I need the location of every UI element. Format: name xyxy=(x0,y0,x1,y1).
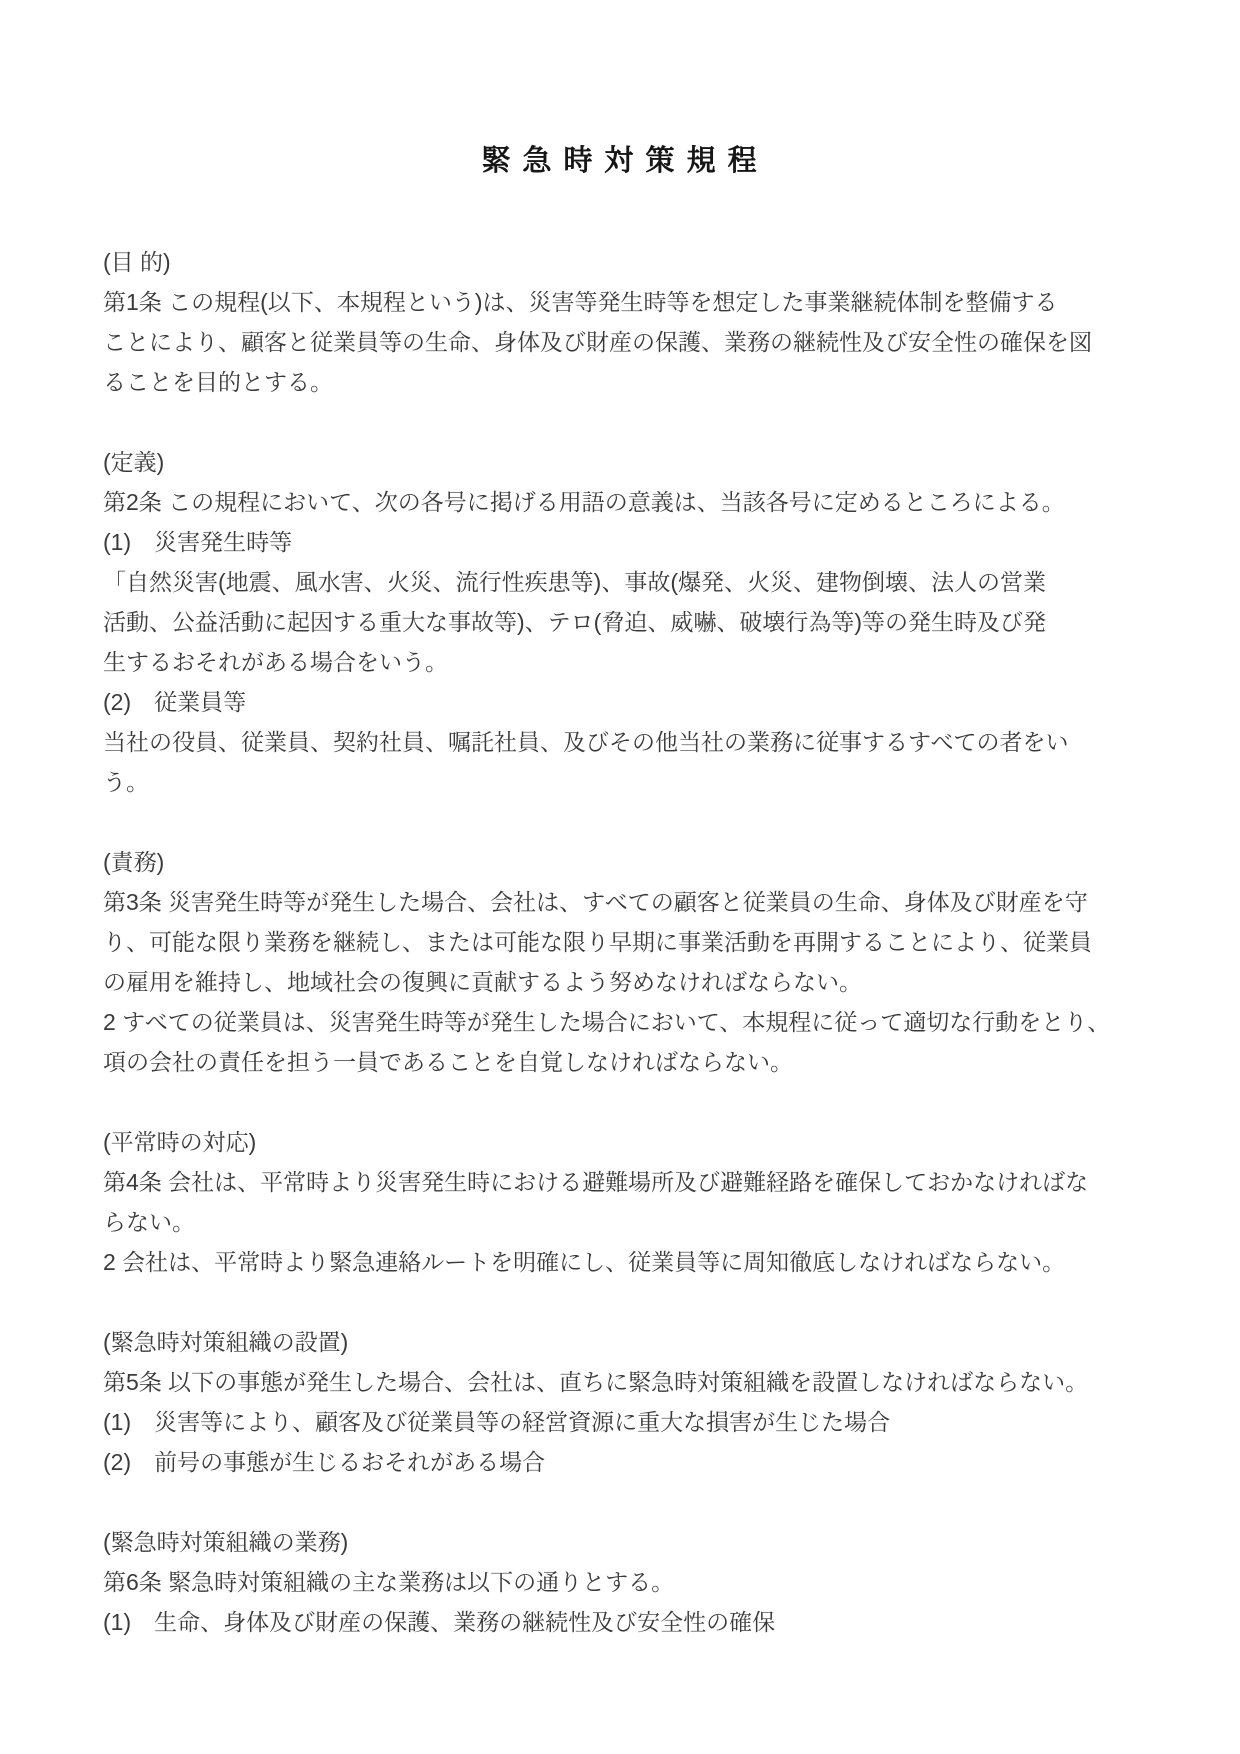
section-emergency-org-establishment-heading: (緊急時対策組織の設置) xyxy=(103,1322,1137,1362)
section-emergency-org-duties-heading: (緊急時対策組織の業務) xyxy=(103,1522,1137,1562)
section-emergency-org-duties: (緊急時対策組織の業務) 第6条 緊急時対策組織の主な業務は以下の通りとする。 … xyxy=(103,1522,1137,1642)
section-definitions: (定義) 第2条 この規程において、次の各号に掲げる用語の意義は、当該各号に定め… xyxy=(103,442,1137,802)
section-normal-times-response-heading: (平常時の対応) xyxy=(103,1122,1137,1162)
section-purpose: (目 的) 第1条 この規程(以下、本規程という)は、災害等発生時等を想定した事… xyxy=(103,242,1137,402)
section-definitions-body: 第2条 この規程において、次の各号に掲げる用語の意義は、当該各号に定めるところに… xyxy=(103,482,1137,802)
section-normal-times-response-body: 第4条 会社は、平常時より災害発生時における避難場所及び避難経路を確保しておかな… xyxy=(103,1162,1137,1282)
section-responsibilities-heading: (責務) xyxy=(103,842,1137,882)
section-responsibilities: (責務) 第3条 災害発生時等が発生した場合、会社は、すべての顧客と従業員の生命… xyxy=(103,842,1137,1082)
section-emergency-org-duties-body: 第6条 緊急時対策組織の主な業務は以下の通りとする。 (1) 生命、身体及び財産… xyxy=(103,1562,1137,1642)
section-normal-times-response: (平常時の対応) 第4条 会社は、平常時より災害発生時における避難場所及び避難経… xyxy=(103,1122,1137,1282)
section-emergency-org-establishment-body: 第5条 以下の事態が発生した場合、会社は、直ちに緊急時対策組織を設置しなければな… xyxy=(103,1362,1137,1482)
section-purpose-body: 第1条 この規程(以下、本規程という)は、災害等発生時等を想定した事業継続体制を… xyxy=(103,282,1137,402)
document-page: 緊 急 時 対 策 規 程 (目 的) 第1条 この規程(以下、本規程という)は… xyxy=(0,0,1240,1754)
document-title: 緊 急 時 対 策 規 程 xyxy=(103,138,1137,184)
section-purpose-heading: (目 的) xyxy=(103,242,1137,282)
section-responsibilities-body: 第3条 災害発生時等が発生した場合、会社は、すべての顧客と従業員の生命、身体及び… xyxy=(103,882,1137,1082)
section-definitions-heading: (定義) xyxy=(103,442,1137,482)
section-emergency-org-establishment: (緊急時対策組織の設置) 第5条 以下の事態が発生した場合、会社は、直ちに緊急時… xyxy=(103,1322,1137,1482)
